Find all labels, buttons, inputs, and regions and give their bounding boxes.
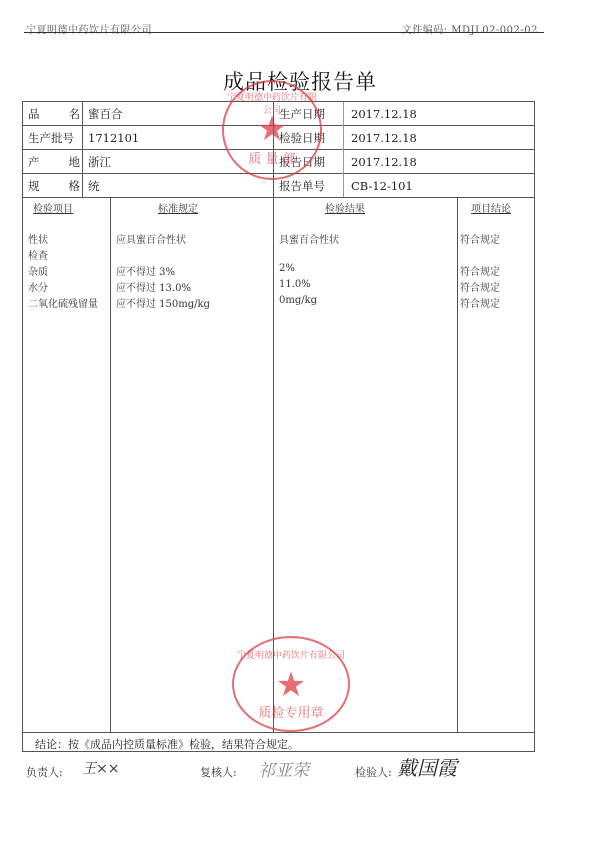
spec-value: 统 <box>88 174 100 198</box>
table-cell-item: 水分 <box>28 279 48 294</box>
prod-date-value: 2017.12.18 <box>351 102 417 126</box>
table-cell-standard: 应具蜜百合性状 <box>116 231 186 246</box>
report-no-value: CB-12-101 <box>351 174 413 198</box>
table-cell-standard: 应不得过 13.0% <box>116 279 191 294</box>
batch-value: 1712101 <box>88 126 139 150</box>
reviewer-label: 复核人: <box>200 764 237 780</box>
star-icon: ★ <box>276 668 306 702</box>
table-cell-conclusion: 符合规定 <box>460 231 500 246</box>
table-cell-item: 性状 <box>28 231 48 246</box>
inspector-label: 检验人: <box>355 764 392 780</box>
col-header-conclusion: 项目结论 <box>471 200 511 215</box>
table-cell-result: 0mg/kg <box>279 295 317 306</box>
table-cell-conclusion: 符合规定 <box>460 279 500 294</box>
table-cell-item: 杂质 <box>28 263 48 278</box>
table-cell-item: 二氧化硫残留量 <box>28 295 98 310</box>
responsible-signature: 王×× <box>82 758 119 778</box>
responsible-label: 负责人: <box>26 764 63 780</box>
col-header-result: 检验结果 <box>325 200 365 215</box>
origin-value: 浙江 <box>88 150 111 174</box>
col-divider <box>110 197 111 732</box>
stamp-bottom-text: 质 量 部 <box>224 148 320 167</box>
table-cell-conclusion: 符合规定 <box>460 295 500 310</box>
table-cell-conclusion: 符合规定 <box>460 263 500 278</box>
qc-seal-stamp: 宁夏明德中药饮片有限公司 ★ 质检专用章 <box>232 636 350 732</box>
quality-dept-stamp: 宁夏明德中药饮片有限公司 ★ 质 量 部 <box>222 80 322 180</box>
table-cell-item: 检查 <box>28 247 48 262</box>
row-divider <box>23 732 534 733</box>
col-divider <box>457 197 458 732</box>
origin-label: 产地 <box>28 150 80 174</box>
col-divider <box>343 102 344 197</box>
document-code: 文件编码: MDJL02-002-02 <box>402 21 538 36</box>
batch-label: 生产批号 <box>28 126 74 150</box>
table-cell-standard: 应不得过 3% <box>116 263 175 278</box>
inspector-signature: 戴国霞 <box>397 752 457 781</box>
product-name-label: 品名 <box>28 102 80 126</box>
reviewer-signature: 祁亚荣 <box>258 756 309 781</box>
col-divider <box>82 102 83 197</box>
company-header: 宁夏明德中药饮片有限公司 <box>26 21 152 36</box>
col-header-standard: 标准规定 <box>158 200 198 215</box>
table-cell-standard: 应不得过 150mg/kg <box>116 295 210 310</box>
inspect-date-value: 2017.12.18 <box>351 126 417 150</box>
conclusion-text: 结论：按《成品内控质量标准》检验，结果符合规定。 <box>35 736 299 752</box>
table-cell-result: 具蜜百合性状 <box>279 231 339 246</box>
table-cell-result: 2% <box>279 263 295 274</box>
star-icon: ★ <box>257 112 287 146</box>
report-date-value: 2017.12.18 <box>351 150 417 174</box>
stamp-arc-text: 宁夏明德中药饮片有限公司 <box>234 648 348 661</box>
table-cell-result: 11.0% <box>279 279 311 290</box>
spec-label: 规格 <box>28 174 80 198</box>
header-rule <box>24 32 544 33</box>
product-name-value: 蜜百合 <box>88 102 123 126</box>
stamp-bottom-text: 质检专用章 <box>234 702 348 721</box>
col-header-item: 检验项目 <box>33 200 73 215</box>
